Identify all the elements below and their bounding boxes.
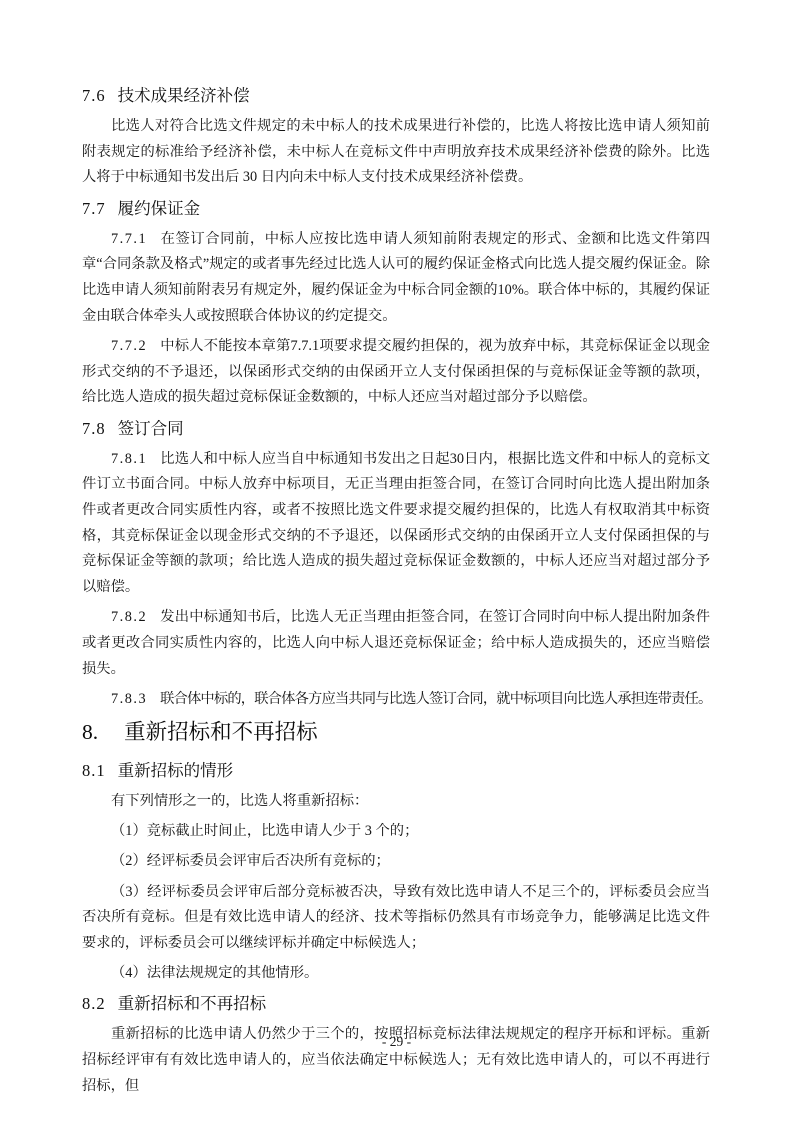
clause-number: 7.8.1 [111, 451, 147, 467]
clause-number: 7.7.2 [111, 338, 147, 354]
section-heading-7-8: 7.8签订合同 [82, 416, 710, 441]
clause-number: 7.8.2 [111, 609, 147, 625]
section-heading-8-2: 8.2重新招标和不再招标 [82, 991, 710, 1016]
paragraph-7-7-1: 7.7.1在签订合同前，中标人应按比选申请人须知前附表规定的形式、金额和比选文件… [82, 227, 710, 330]
clause-number: 7.8.3 [111, 691, 147, 707]
list-item-3: （3）经评标委员会评审后部分竞标被否决，导致有效比选申请人不足三个的，评标委员会… [82, 880, 710, 957]
paragraph-7-6: 比选人对符合比选文件规定的未中标人的技术成果进行补偿的，比选人将按比选申请人须知… [82, 114, 710, 191]
section-number: 7.6 [82, 86, 106, 105]
clause-text: 在签订合同前，中标人应按比选申请人须知前附表规定的形式、金额和比选文件第四章“合… [82, 231, 710, 324]
section-title: 签订合同 [118, 419, 184, 438]
clause-text: 比选人和中标人应当自中标通知书发出之日起30日内，根据比选文件和中标人的竞标文件… [82, 451, 710, 596]
paragraph-7-7-2: 7.7.2中标人不能按本章第7.7.1项要求提交履约担保的，视为放弃中标，其竞标… [82, 334, 710, 411]
list-item-4: （4）法律法规规定的其他情形。 [82, 961, 710, 987]
chapter-number: 8. [82, 720, 98, 744]
clause-number: 7.7.1 [111, 231, 147, 247]
section-title: 重新招标的情形 [118, 761, 234, 780]
section-number: 7.8 [82, 419, 106, 438]
page-footer: - 29 - [0, 1034, 793, 1050]
chapter-title: 重新招标和不再招标 [124, 720, 318, 744]
section-number: 8.2 [82, 994, 106, 1013]
section-heading-7-6: 7.6技术成果经济补偿 [82, 83, 710, 108]
section-heading-8-1: 8.1重新招标的情形 [82, 758, 710, 783]
clause-text: 比选人对符合比选文件规定的未中标人的技术成果进行补偿的，比选人将按比选申请人须知… [82, 118, 710, 185]
list-item-1: （1）竞标截止时间止，比选申请人少于 3 个的； [82, 819, 710, 845]
section-title: 重新招标和不再招标 [118, 994, 267, 1013]
clause-text: 有下列情形之一的，比选人将重新招标： [111, 793, 368, 809]
clause-text: （3）经评标委员会评审后部分竞标被否决，导致有效比选申请人不足三个的，评标委员会… [82, 884, 710, 951]
document-page: 7.6技术成果经济补偿 比选人对符合比选文件规定的未中标人的技术成果进行补偿的，… [0, 0, 793, 1122]
clause-text: 发出中标通知书后，比选人无正当理由拒签合同，在签订合同时向中标人提出附加条件或者… [82, 609, 710, 676]
section-number: 8.1 [82, 761, 106, 780]
section-title: 技术成果经济补偿 [118, 86, 250, 105]
clause-text: 中标人不能按本章第7.7.1项要求提交履约担保的，视为放弃中标，其竞标保证金以现… [82, 338, 710, 405]
section-number: 7.7 [82, 199, 106, 218]
page-content: 7.6技术成果经济补偿 比选人对符合比选文件规定的未中标人的技术成果进行补偿的，… [0, 0, 793, 1100]
paragraph-7-8-2: 7.8.2发出中标通知书后，比选人无正当理由拒签合同，在签订合同时向中标人提出附… [82, 605, 710, 682]
clause-text: （4）法律法规规定的其他情形。 [111, 965, 318, 981]
section-title: 履约保证金 [118, 199, 201, 218]
clause-text: （1）竞标截止时间止，比选申请人少于 3 个的； [111, 823, 418, 839]
chapter-heading-8: 8.重新招标和不再招标 [82, 717, 710, 748]
paragraph-7-8-3: 7.8.3联合体中标的，联合体各方应当共同与比选人签订合同，就中标项目向比选人承… [82, 687, 710, 713]
list-item-2: （2）经评标委员会评审后否决所有竞标的； [82, 849, 710, 875]
clause-text: （2）经评标委员会评审后否决所有竞标的； [111, 853, 390, 869]
page-number: - 29 - [382, 1034, 411, 1049]
paragraph-7-8-1: 7.8.1比选人和中标人应当自中标通知书发出之日起30日内，根据比选文件和中标人… [82, 447, 710, 601]
paragraph-8-1-intro: 有下列情形之一的，比选人将重新招标： [82, 789, 710, 815]
clause-text: 联合体中标的，联合体各方应当共同与比选人签订合同，就中标项目向比选人承担连带责任… [160, 691, 711, 707]
section-heading-7-7: 7.7履约保证金 [82, 196, 710, 221]
